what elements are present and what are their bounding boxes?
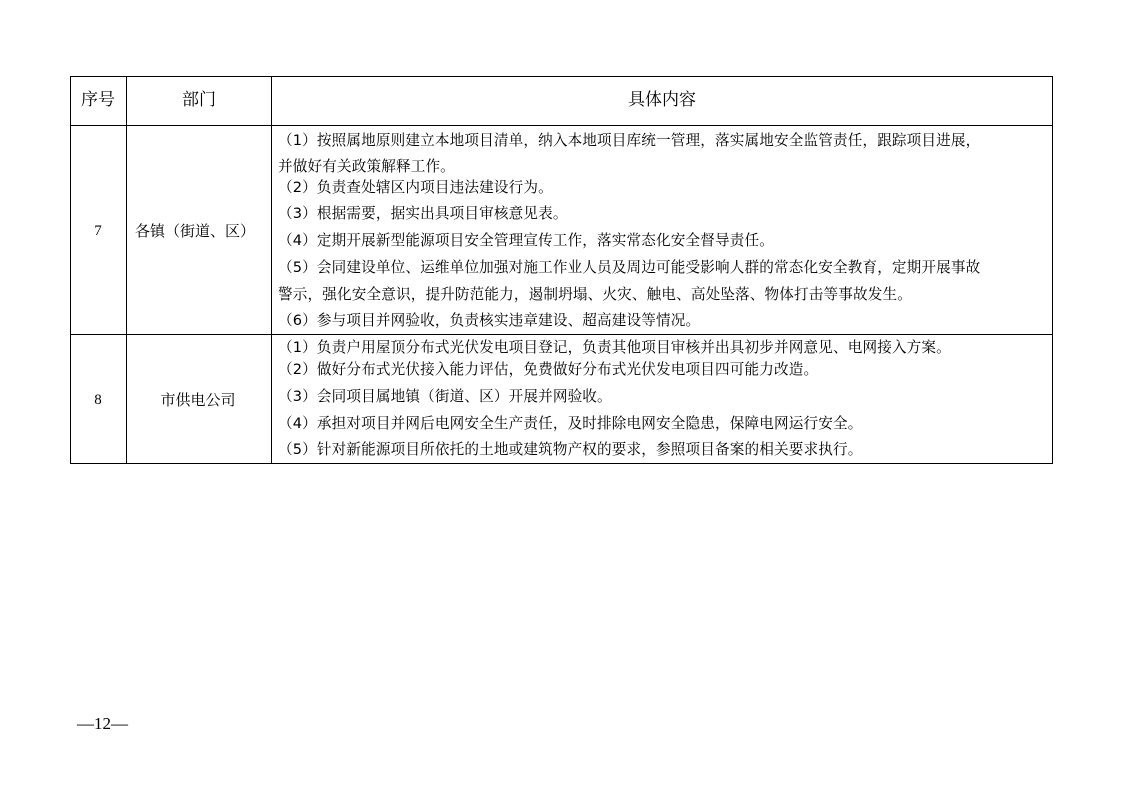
table-row-divider: [70, 334, 1053, 335]
header-index: 序号: [81, 90, 115, 110]
table-col-divider-2: [271, 76, 272, 464]
content-line: （3）会同项目属地镇（街道、区）开展并网验收。: [278, 387, 612, 407]
row-department: 市供电公司: [160, 390, 235, 410]
content-line: （1）负责户用屋顶分布式光伏发电项目登记，负责其他项目审核并出具初步并网意见、电…: [278, 338, 951, 358]
content-line: （2）负责查处辖区内项目违法建设行为。: [278, 178, 553, 198]
content-line: （2）做好分布式光伏接入能力评估，免费做好分布式光伏发电项目四可能力改造。: [278, 360, 818, 380]
content-line: 警示，强化安全意识，提升防范能力，遏制坍塌、火灾、触电、高处坠落、物体打击等事故…: [278, 285, 912, 305]
row-index: 7: [94, 221, 102, 241]
document-page: 序号 部门 具体内容 7 各镇（街道、区） （1）按照属地原则建立本地项目清单，…: [0, 0, 1122, 793]
table-header-divider: [70, 125, 1053, 126]
header-content: 具体内容: [628, 90, 696, 110]
table-col-divider-1: [126, 76, 127, 464]
page-number: —12—: [77, 714, 128, 734]
row-department: 各镇（街道、区）: [135, 221, 255, 241]
content-line: （5）会同建设单位、运维单位加强对施工作业人员及周边可能受影响人群的常态化安全教…: [278, 258, 980, 278]
content-line: （4）承担对项目并网后电网安全生产责任，及时排除电网安全隐患，保障电网运行安全。: [278, 414, 862, 434]
content-line: （1）按照属地原则建立本地项目清单，纳入本地项目库统一管理，落实属地安全监管责任…: [278, 131, 980, 151]
content-line: （3）根据需要，据实出具项目审核意见表。: [278, 204, 568, 224]
header-department: 部门: [182, 90, 216, 110]
content-line: （6）参与项目并网验收，负责核实违章建设、超高建设等情况。: [278, 311, 700, 331]
table-border-left: [70, 76, 71, 464]
table-border-right: [1052, 76, 1053, 464]
content-line: （5）针对新能源项目所依托的土地或建筑物产权的要求，参照项目备案的相关要求执行。: [278, 440, 862, 460]
content-line: （4）定期开展新型能源项目安全管理宣传工作，落实常态化安全督导责任。: [278, 231, 774, 251]
content-line: 并做好有关政策解释工作。: [278, 157, 455, 177]
table-border-top: [70, 76, 1053, 77]
table-border-bottom: [70, 463, 1053, 464]
row-index: 8: [94, 390, 102, 410]
